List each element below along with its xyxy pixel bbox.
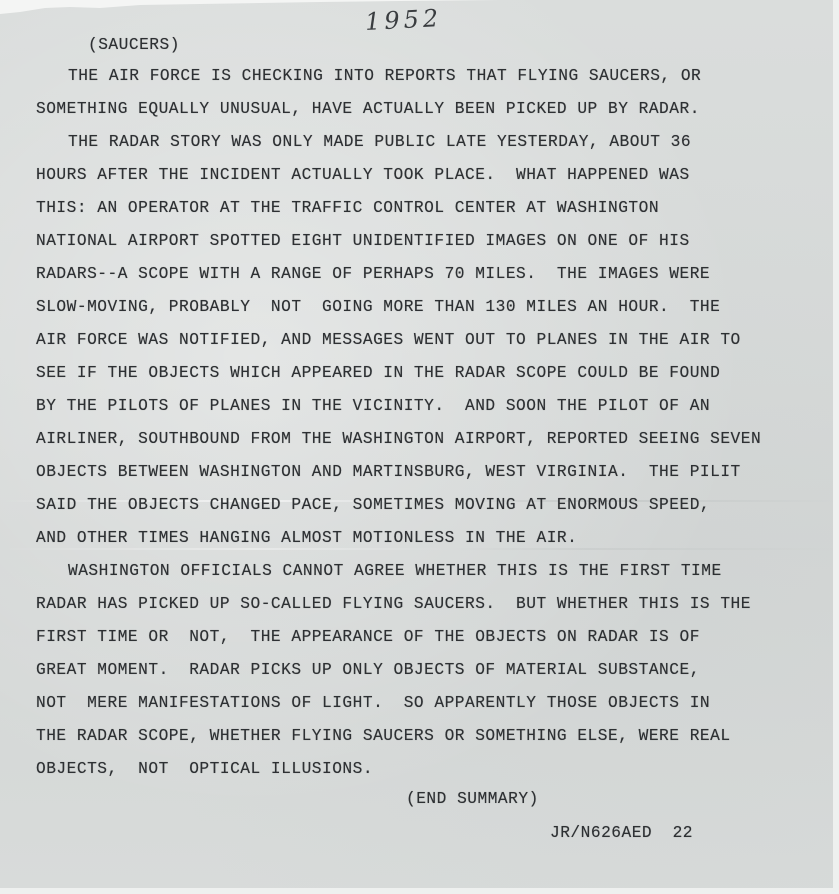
body-line: NATIONAL AIRPORT SPOTTED EIGHT UNIDENTIF…: [36, 232, 690, 250]
body-line: HOURS AFTER THE INCIDENT ACTUALLY TOOK P…: [36, 166, 690, 184]
page-edge: [0, 888, 839, 894]
body-line: SEE IF THE OBJECTS WHICH APPEARED IN THE…: [36, 364, 720, 382]
body-line: NOT MERE MANIFESTATIONS OF LIGHT. SO APP…: [36, 694, 710, 712]
body-line: SAID THE OBJECTS CHANGED PACE, SOMETIMES…: [36, 496, 710, 514]
body-line: GREAT MOMENT. RADAR PICKS UP ONLY OBJECT…: [36, 661, 700, 679]
body-line: BY THE PILOTS OF PLANES IN THE VICINITY.…: [36, 397, 710, 415]
body-line: SOMETHING EQUALLY UNUSUAL, HAVE ACTUALLY…: [36, 100, 700, 118]
body-line: RADARS--A SCOPE WITH A RANGE OF PERHAPS …: [36, 265, 710, 283]
body-line: AND OTHER TIMES HANGING ALMOST MOTIONLES…: [36, 529, 577, 547]
body-line: OBJECTS, NOT OPTICAL ILLUSIONS.: [36, 760, 373, 778]
paper-crease: [0, 548, 839, 550]
handwritten-year: 1952: [364, 4, 442, 36]
body-line: THIS: AN OPERATOR AT THE TRAFFIC CONTROL…: [36, 199, 659, 217]
page-edge: [833, 0, 839, 894]
body-line: THE RADAR SCOPE, WHETHER FLYING SAUCERS …: [36, 727, 731, 745]
end-summary: (END SUMMARY): [406, 790, 539, 808]
wire-code: JR/N626AED 22: [550, 824, 693, 842]
body-line: SLOW-MOVING, PROBABLY NOT GOING MORE THA…: [36, 298, 720, 316]
body-line: THE RADAR STORY WAS ONLY MADE PUBLIC LAT…: [68, 133, 691, 151]
body-line: WASHINGTON OFFICIALS CANNOT AGREE WHETHE…: [68, 562, 722, 580]
body-line: AIRLINER, SOUTHBOUND FROM THE WASHINGTON…: [36, 430, 761, 448]
body-line: OBJECTS BETWEEN WASHINGTON AND MARTINSBU…: [36, 463, 741, 481]
body-line: AIR FORCE WAS NOTIFIED, AND MESSAGES WEN…: [36, 331, 741, 349]
body-line: RADAR HAS PICKED UP SO-CALLED FLYING SAU…: [36, 595, 751, 613]
body-line: THE AIR FORCE IS CHECKING INTO REPORTS T…: [68, 67, 701, 85]
body-line: FIRST TIME OR NOT, THE APPEARANCE OF THE…: [36, 628, 700, 646]
story-slug: (SAUCERS): [88, 36, 180, 54]
